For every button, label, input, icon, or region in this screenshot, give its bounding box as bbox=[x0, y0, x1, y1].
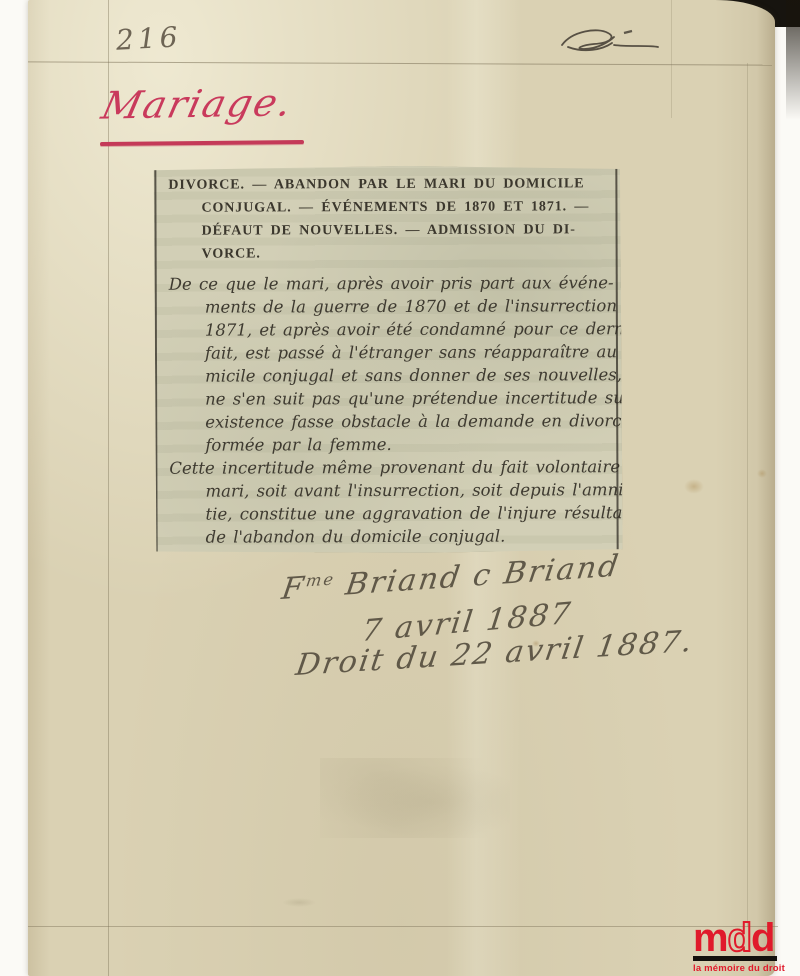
crease-line-top-right bbox=[671, 0, 672, 118]
mdd-logo-letters: mdd bbox=[693, 921, 793, 955]
clipping-paragraph-2: Cette incertitude même provenant du fait… bbox=[169, 455, 614, 549]
margin-line-left bbox=[108, 0, 109, 976]
scanned-register-page: 216 Mariage. DIVORCE. — ABANDON PAR LE M… bbox=[0, 0, 800, 976]
margin-line-right bbox=[747, 63, 748, 927]
paper-stain bbox=[684, 479, 704, 494]
paper-stain bbox=[532, 640, 540, 647]
mdd-logo: mdd la mémoire du droit bbox=[693, 921, 793, 974]
newspaper-clipping: DIVORCE. — ABANDON PAR LE MARI DU DOMICI… bbox=[151, 165, 622, 554]
paper-stain bbox=[282, 898, 316, 907]
ink-scribble-mark bbox=[554, 23, 666, 63]
logo-letter-m: m bbox=[693, 916, 728, 960]
clipping-headline: DIVORCE. — ABANDON PAR LE MARI DU DOMICI… bbox=[168, 172, 613, 266]
logo-letter-d-solid: d bbox=[751, 916, 774, 960]
ruled-line-bottom bbox=[28, 926, 778, 927]
clipping-paragraph-1: De ce que le mari, après avoir pris part… bbox=[169, 271, 615, 457]
paper-stain bbox=[757, 469, 767, 478]
case-prefix: F bbox=[280, 570, 308, 607]
case-superscript: me bbox=[305, 569, 337, 590]
page-number-handwritten: 216 bbox=[115, 20, 182, 56]
show-through-writing bbox=[320, 758, 510, 838]
section-title-handwritten: Mariage. bbox=[98, 80, 298, 127]
logo-letter-d-outline: d bbox=[728, 916, 751, 960]
page-edge-shadow bbox=[786, 0, 800, 120]
logo-tagline: la mémoire du droit bbox=[693, 963, 793, 974]
